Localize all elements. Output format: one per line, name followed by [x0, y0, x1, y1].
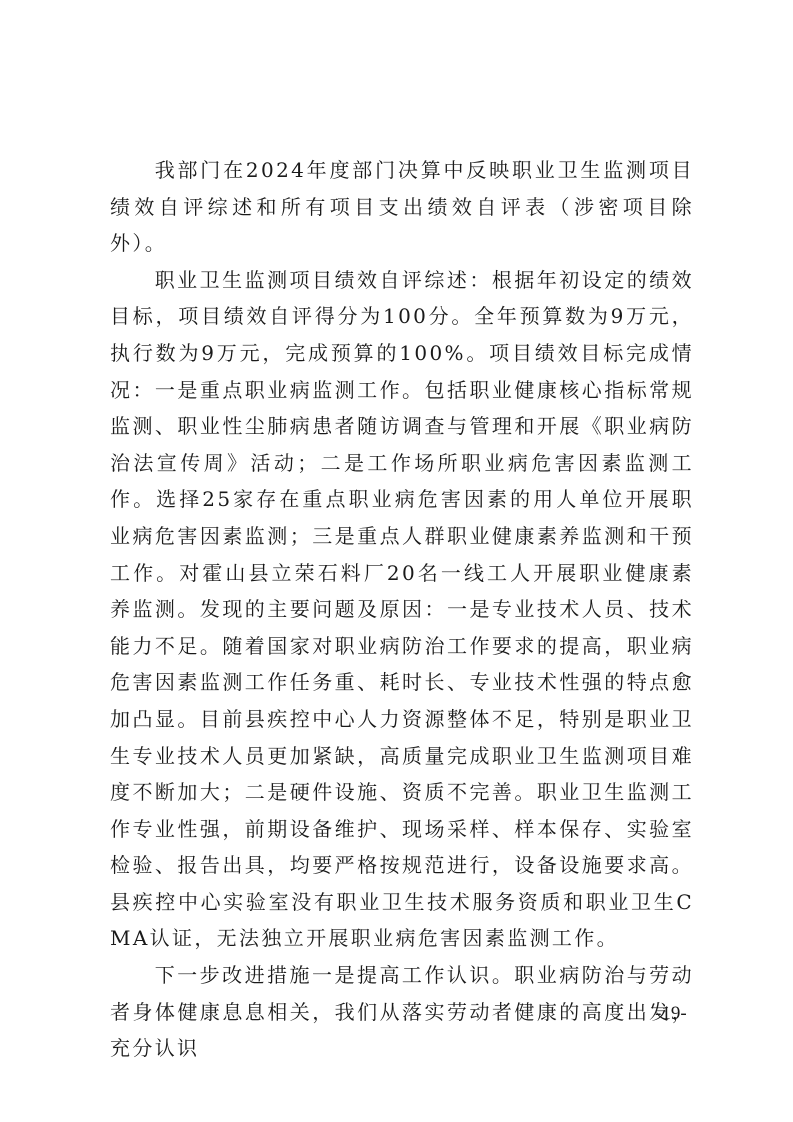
paragraph-intro: 我部门在2024年度部门决算中反映职业卫生监测项目绩效自评综述和所有项目支出绩效…	[110, 152, 694, 262]
document-body: 我部门在2024年度部门决算中反映职业卫生监测项目绩效自评综述和所有项目支出绩效…	[110, 152, 694, 1067]
page-number: -19-	[655, 1003, 687, 1025]
paragraph-improvement-measures: 下一步改进措施一是提高工作认识。职业病防治与劳动者身体健康息息相关，我们从落实劳…	[110, 957, 694, 1067]
paragraph-performance-summary: 职业卫生监测项目绩效自评综述：根据年初设定的绩效目标，项目绩效自评得分为100分…	[110, 262, 694, 957]
